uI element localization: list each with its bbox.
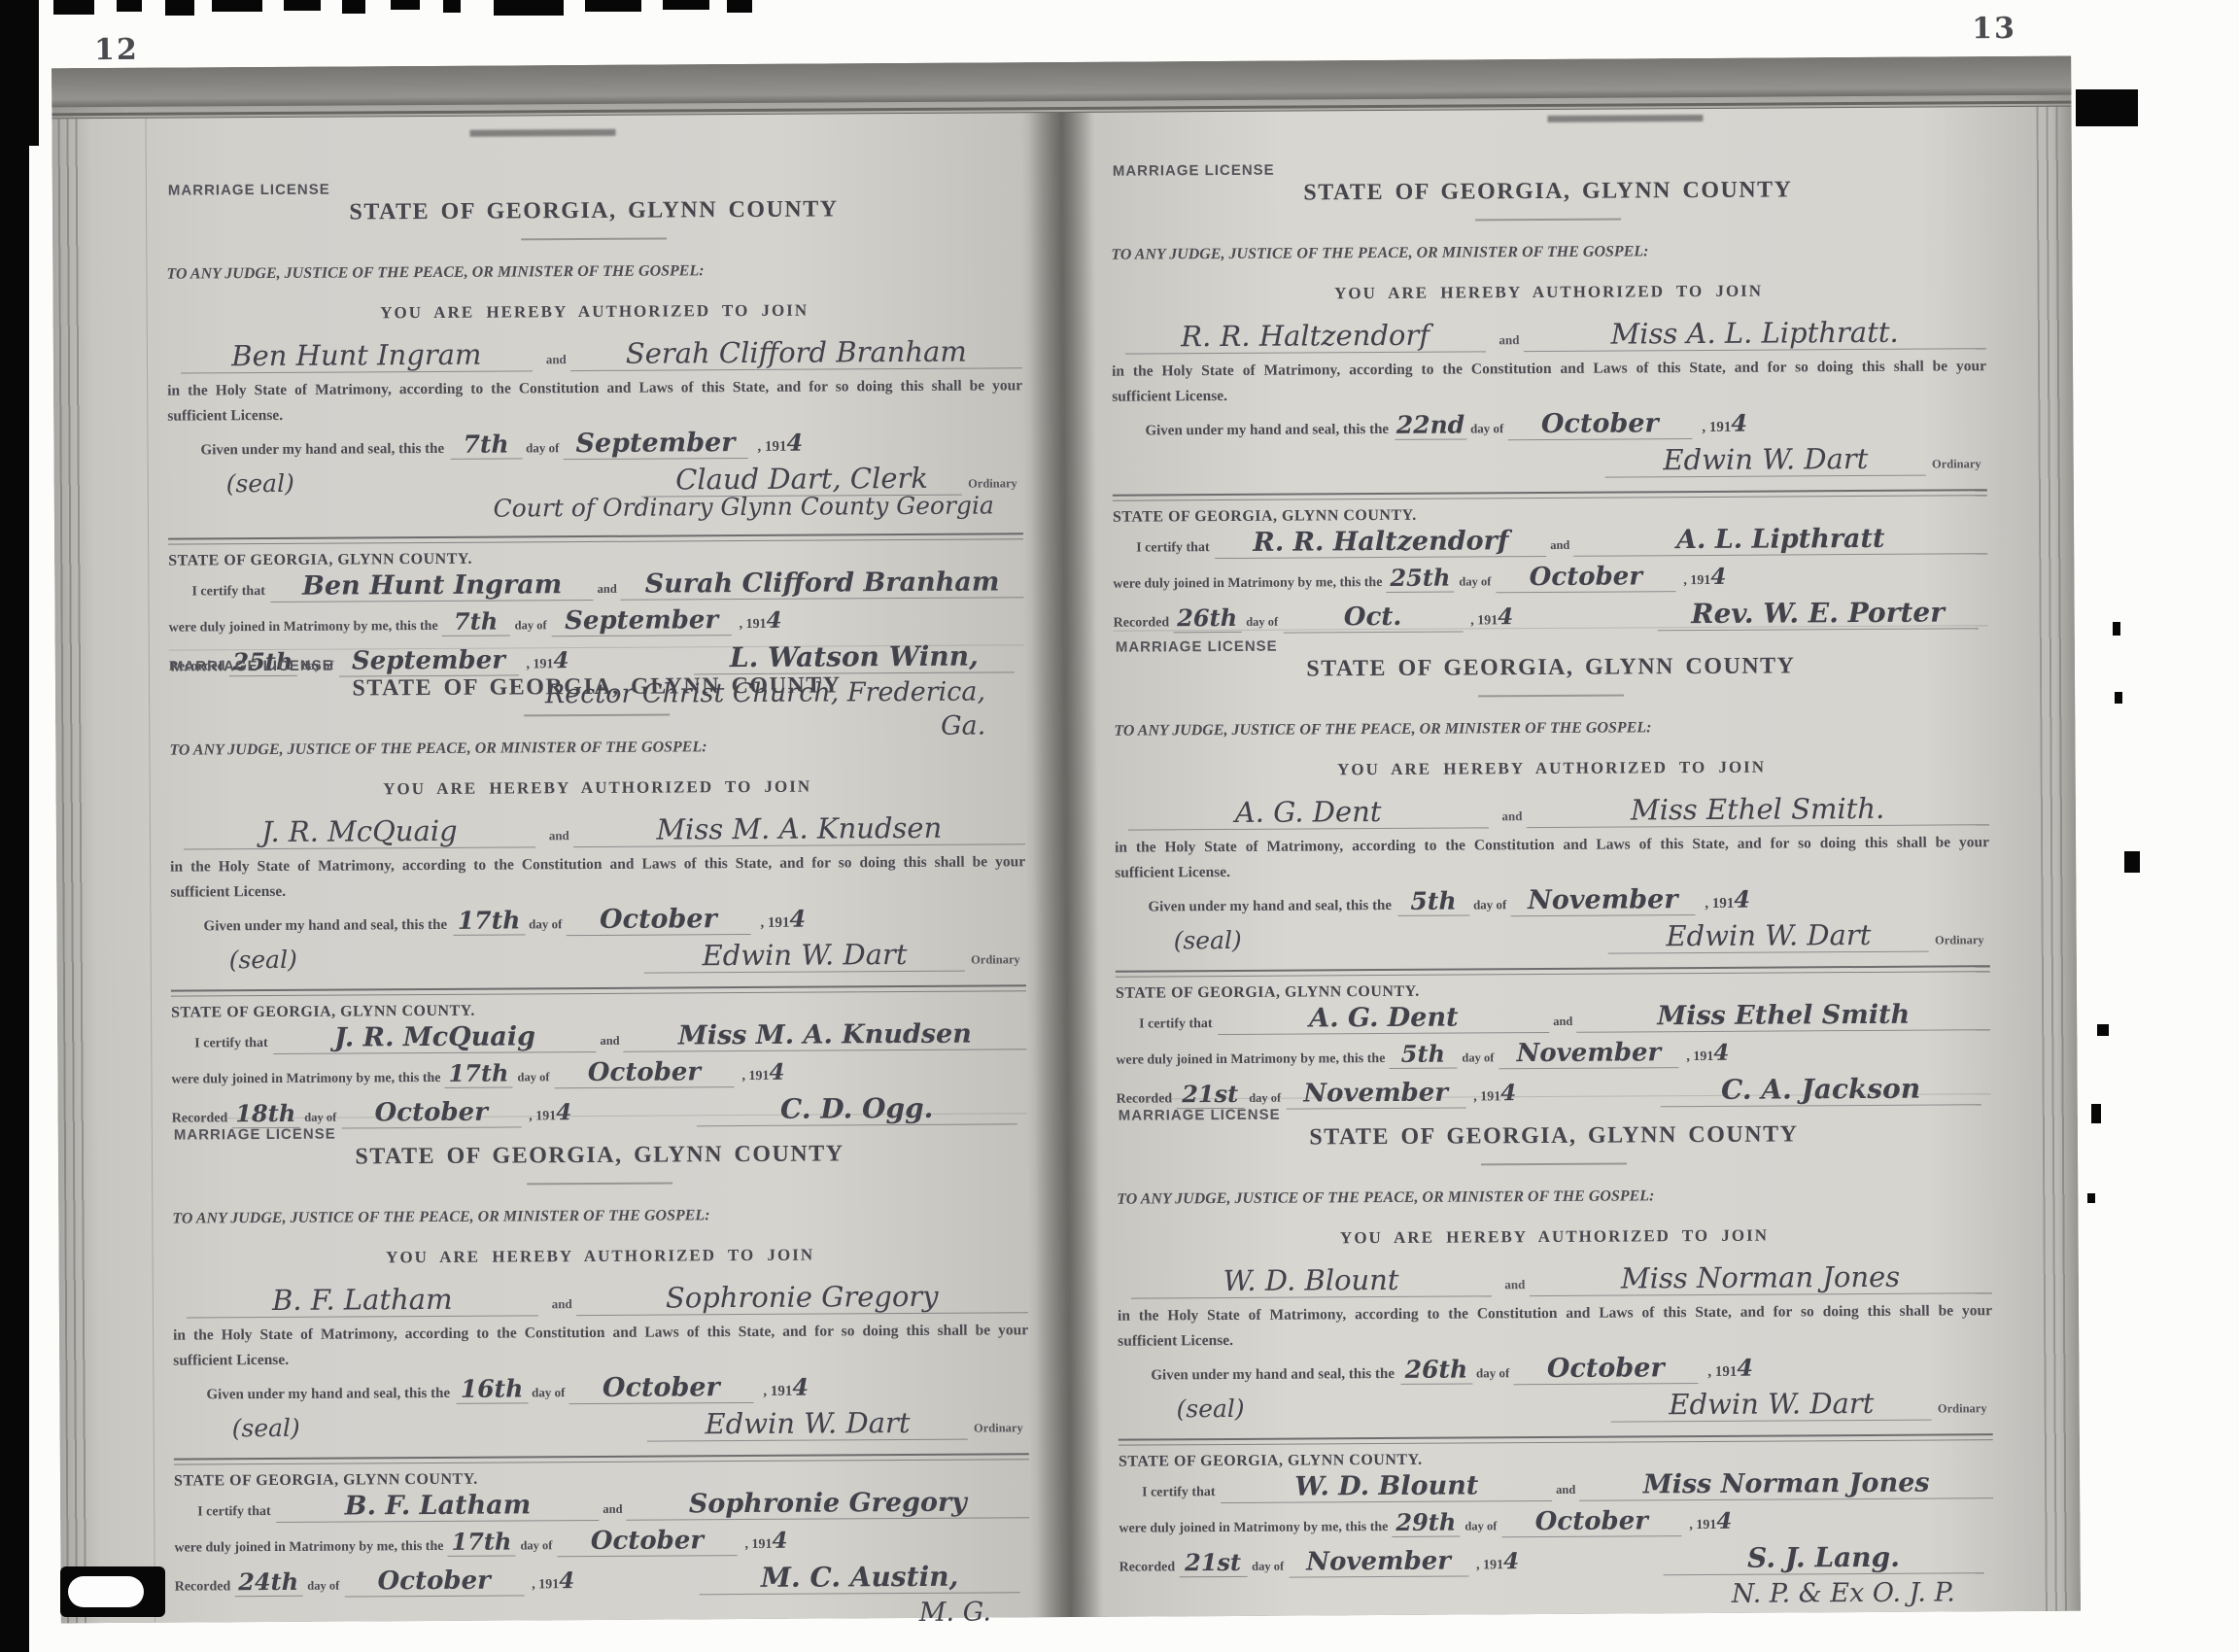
- groom-name: W. D. Blount: [1131, 1262, 1492, 1298]
- seal-note: (seal): [1176, 1394, 1244, 1423]
- seal-note: (seal): [1174, 926, 1242, 954]
- and-word: and: [594, 582, 621, 597]
- matrimony-line: in the Holy State of Matrimony, accordin…: [173, 1322, 1028, 1344]
- salutation: TO ANY JUDGE, JUSTICE OF THE PEACE, OR M…: [166, 260, 1021, 283]
- year-digit: 4: [1731, 409, 1747, 437]
- scan-artifact-left-strip: [0, 0, 29, 1652]
- ordinary-label: Ordinary: [1929, 933, 1990, 947]
- salutation: TO ANY JUDGE, JUSTICE OF THE PEACE, OR M…: [172, 1205, 1027, 1227]
- ordinary-signature: Edwin W. Dart: [1605, 442, 1926, 478]
- day-of-label: day of: [1241, 615, 1283, 630]
- officiant-signature: M. C. Austin,: [700, 1560, 1020, 1595]
- and-word: and: [596, 1034, 623, 1049]
- bride-name: Miss A. L. Lipthratt.: [1523, 315, 1986, 352]
- certify-prefix: I certify that: [168, 584, 265, 601]
- cert-year-digit: 4: [1713, 1040, 1729, 1066]
- matrimony-line: in the Holy State of Matrimony, accordin…: [1115, 834, 1989, 856]
- scan-artifact: [53, 0, 94, 15]
- scan-artifact: [2113, 622, 2120, 636]
- state-header: STATE OF GEORGIA, GLYNN COUNTY: [169, 671, 1024, 703]
- scan-artifact: [6, 507, 23, 521]
- seal-note: (seal): [229, 946, 297, 974]
- ordinary-label: Ordinary: [1926, 457, 1987, 471]
- scan-artifact: [2124, 851, 2140, 873]
- certify-prefix: I certify that: [171, 1036, 268, 1052]
- cert-groom-name: J. R. McQuaig: [274, 1021, 597, 1054]
- book-spread-photo: 12 13 MARRIAGE LICENSE STATE OF GEORGIA,…: [52, 56, 2081, 1624]
- header-flourish: [527, 1182, 672, 1185]
- bride-name: Miss M. A. Knudsen: [573, 810, 1025, 847]
- marriage-license-record: MARRIAGE LICENSE STATE OF GEORGIA, GLYNN…: [169, 644, 1027, 1118]
- scan-artifact: [494, 0, 564, 16]
- ordinary-signature: Edwin W. Dart: [1608, 918, 1929, 954]
- year-digit: 4: [789, 905, 806, 933]
- year-printed: , 191: [763, 1384, 792, 1400]
- cert-bride-name: Miss Ethel Smith: [1576, 999, 1990, 1033]
- cert-month: October: [557, 1526, 737, 1557]
- year-printed: , 191: [760, 915, 789, 932]
- header-flourish: [1481, 1162, 1627, 1165]
- scan-artifact: [1, 633, 19, 653]
- scan-artifact: [391, 0, 420, 10]
- section-divider: [168, 533, 1023, 544]
- and-word: and: [1488, 809, 1526, 824]
- and-word: and: [1485, 332, 1523, 348]
- and-word: and: [1546, 538, 1573, 553]
- cert-day: 29th: [1392, 1508, 1460, 1537]
- license-day: 16th: [456, 1374, 528, 1403]
- salutation: TO ANY JUDGE, JUSTICE OF THE PEACE, OR M…: [1114, 717, 1988, 740]
- year-printed: , 191: [1470, 613, 1498, 629]
- joined-line: were duly joined in Matrimony by me, thi…: [171, 1071, 440, 1088]
- sufficient-license-line: sufficient License.: [1115, 859, 1989, 881]
- given-prefix: Given under my hand and seal, this the: [167, 441, 444, 460]
- ordinary-signature: Edwin W. Dart: [1611, 1387, 1932, 1423]
- cert-groom-name: R. R. Haltzendorf: [1215, 526, 1546, 559]
- and-word: and: [533, 352, 570, 367]
- sufficient-license-line: sufficient License.: [173, 1347, 1028, 1369]
- state-header: STATE OF GEORGIA, GLYNN COUNTY: [1117, 1120, 1991, 1152]
- license-day: 17th: [453, 906, 525, 935]
- recorded-year-digit: 4: [559, 1567, 574, 1594]
- cert-month: September: [552, 605, 732, 637]
- matrimony-line: in the Holy State of Matrimony, accordin…: [170, 853, 1025, 876]
- cert-groom-name: B. F. Latham: [277, 1490, 600, 1523]
- recorded-month: November: [1289, 1546, 1468, 1577]
- page-stack-edge-right: [2036, 107, 2072, 1611]
- scan-artifact: [443, 0, 461, 13]
- recorded-label: Recorded: [1119, 1560, 1176, 1575]
- cert-year-digit: 4: [767, 607, 782, 634]
- year-printed: , 191: [744, 1537, 772, 1553]
- cert-year-digit: 4: [772, 1528, 787, 1554]
- day-of-label: day of: [510, 618, 552, 633]
- scan-artifact: [165, 0, 194, 16]
- bride-name: Miss Norman Jones: [1529, 1259, 1992, 1296]
- scan-artifact-highlight: [68, 1576, 144, 1607]
- given-prefix: Given under my hand and seal, this the: [173, 1386, 450, 1404]
- cert-groom-name: W. D. Blount: [1221, 1470, 1552, 1503]
- and-word: and: [1491, 1277, 1529, 1292]
- scan-artifact: [284, 0, 321, 11]
- section-divider: [1116, 965, 1990, 977]
- scan-artifact: [727, 0, 752, 13]
- cert-day: 17th: [447, 1527, 515, 1556]
- year-printed: , 191: [757, 439, 786, 456]
- recorded-year-digit: 4: [1503, 1548, 1519, 1574]
- joined-line: were duly joined in Matrimony by me, thi…: [169, 619, 438, 637]
- scan-artifact: [13, 417, 26, 433]
- day-of-label: day of: [528, 1385, 568, 1400]
- marriage-license-record: MARRIAGE LICENSE STATE OF GEORGIA, GLYNN…: [1111, 157, 1988, 630]
- groom-name: J. R. McQuaig: [184, 813, 535, 849]
- day-of-label: day of: [1460, 1519, 1501, 1533]
- and-word: and: [538, 1296, 576, 1312]
- recorded-day: 21st: [1179, 1548, 1247, 1577]
- given-prefix: Given under my hand and seal, this the: [1112, 422, 1389, 440]
- certify-prefix: I certify that: [174, 1504, 271, 1521]
- day-of-label: day of: [1472, 1365, 1513, 1381]
- header-flourish: [1478, 694, 1624, 697]
- cert-month: October: [554, 1057, 734, 1088]
- page-number-right: 13: [1972, 12, 2016, 46]
- authorized-line: YOU ARE HEREBY AUTHORIZED TO JOIN: [1112, 280, 1986, 304]
- scan-artifact: [12, 682, 21, 692]
- joined-line: were duly joined in Matrimony by me, thi…: [1113, 575, 1382, 593]
- recorded-year-digit: 4: [1498, 603, 1513, 630]
- section-divider: [171, 984, 1026, 996]
- groom-name: R. R. Haltzendorf: [1125, 318, 1486, 354]
- year-printed: , 191: [532, 1577, 559, 1593]
- scan-artifact: [2087, 1193, 2095, 1203]
- day-of-label: day of: [1466, 421, 1507, 436]
- scan-artifact: [10, 573, 21, 585]
- given-prefix: Given under my hand and seal, this the: [170, 917, 447, 936]
- state-header: STATE OF GEORGIA, GLYNN COUNTY: [1111, 176, 1985, 207]
- license-day: 26th: [1400, 1355, 1472, 1384]
- and-word: and: [535, 828, 573, 843]
- right-page: MARRIAGE LICENSE STATE OF GEORGIA, GLYNN…: [1061, 107, 2080, 1617]
- ordinary-label: Ordinary: [1932, 1401, 1993, 1416]
- book-gutter-shadow: [1028, 113, 1103, 1617]
- day-of-label: day of: [512, 1070, 554, 1084]
- ordinary-label: Ordinary: [962, 476, 1023, 491]
- cert-year-digit: 4: [1716, 1508, 1732, 1534]
- license-month: September: [563, 428, 747, 460]
- scan-artifact: [7, 189, 22, 209]
- matrimony-line: in the Holy State of Matrimony, accordin…: [1112, 358, 1986, 380]
- marriage-license-record: MARRIAGE LICENSE STATE OF GEORGIA, GLYNN…: [166, 177, 1024, 649]
- cert-year-digit: 4: [769, 1059, 784, 1085]
- day-of-label: day of: [1469, 897, 1510, 912]
- seal-note: (seal): [232, 1414, 300, 1442]
- ordinary-signature-line2: Court of Ordinary Glynn County Georgia: [168, 491, 994, 524]
- year-printed: , 191: [1689, 1518, 1716, 1533]
- cert-day: 17th: [444, 1058, 512, 1087]
- cert-bride-name: A. L. Lipthratt: [1573, 523, 1987, 557]
- year-printed: , 191: [1707, 1364, 1737, 1381]
- book-top-edge: [52, 56, 2071, 108]
- scan-artifact: [2076, 89, 2138, 126]
- scan-artifact: [212, 0, 262, 12]
- year-printed: , 191: [1476, 1558, 1503, 1573]
- ordinary-label: Ordinary: [968, 1421, 1029, 1435]
- cert-month: October: [1496, 562, 1675, 593]
- day-of-label: day of: [1457, 1050, 1498, 1065]
- state-header: STATE OF GEORGIA, GLYNN COUNTY: [1114, 652, 1988, 683]
- marriage-license-record: MARRIAGE LICENSE STATE OF GEORGIA, GLYNN…: [172, 1113, 1030, 1586]
- cert-bride-name: Miss Norman Jones: [1579, 1467, 1993, 1501]
- bride-name: Serah Clifford Branham: [570, 334, 1022, 371]
- cert-bride-name: Sophronie Gregory: [626, 1487, 1029, 1521]
- cert-day: 25th: [1386, 564, 1454, 593]
- sufficient-license-line: sufficient License.: [167, 402, 1022, 425]
- cert-groom-name: A. G. Dent: [1218, 1002, 1549, 1035]
- left-page: MARRIAGE LICENSE STATE OF GEORGIA, GLYNN…: [52, 113, 1070, 1623]
- license-month: October: [1507, 408, 1692, 440]
- cert-day: 7th: [442, 606, 510, 636]
- license-day: 7th: [450, 430, 522, 459]
- salutation: TO ANY JUDGE, JUSTICE OF THE PEACE, OR M…: [169, 737, 1024, 759]
- license-month: October: [566, 904, 750, 936]
- year-printed: , 191: [740, 617, 767, 633]
- matrimony-line: in the Holy State of Matrimony, accordin…: [167, 377, 1022, 399]
- joined-line: were duly joined in Matrimony by me, thi…: [1119, 1520, 1388, 1537]
- officiant-signature-line2: M. G.: [175, 1597, 991, 1632]
- authorized-line: YOU ARE HEREBY AUTHORIZED TO JOIN: [170, 775, 1025, 800]
- scan-artifact: [2097, 1024, 2109, 1036]
- cert-groom-name: Ben Hunt Ingram: [271, 569, 594, 602]
- license-month: October: [568, 1372, 753, 1404]
- state-header: STATE OF GEORGIA, GLYNN COUNTY: [172, 1140, 1027, 1171]
- year-digit: 4: [792, 1373, 809, 1401]
- cert-bride-name: Miss M. A. Knudsen: [623, 1018, 1026, 1052]
- year-printed: , 191: [741, 1069, 769, 1084]
- authorized-line: YOU ARE HEREBY AUTHORIZED TO JOIN: [1115, 756, 1989, 780]
- day-of-label: day of: [1454, 574, 1496, 589]
- year-printed: , 191: [1705, 896, 1734, 912]
- given-prefix: Given under my hand and seal, this the: [1115, 898, 1392, 916]
- state-header: STATE OF GEORGIA, GLYNN COUNTY: [166, 195, 1021, 226]
- year-digit: 4: [1737, 1354, 1753, 1382]
- groom-name: B. F. Latham: [187, 1282, 538, 1318]
- cert-year-digit: 4: [1710, 564, 1726, 590]
- scan-artifact: [29, 0, 39, 146]
- page-number-left: 12: [94, 33, 139, 67]
- marriage-license-record: MARRIAGE LICENSE STATE OF GEORGIA, GLYNN…: [1117, 1093, 1994, 1566]
- ordinary-signature: Edwin W. Dart: [647, 1406, 968, 1442]
- sufficient-license-line: sufficient License.: [1112, 383, 1986, 405]
- officiant-signature-line2: N. P. & Ex O. J. P.: [1119, 1577, 1955, 1612]
- year-printed: , 191: [1702, 420, 1731, 436]
- scan-artifact: [4, 251, 14, 262]
- certify-prefix: I certify that: [1119, 1485, 1216, 1501]
- recorded-day: 26th: [1173, 603, 1241, 633]
- salutation: TO ANY JUDGE, JUSTICE OF THE PEACE, OR M…: [1111, 241, 1985, 263]
- scan-artifact: [342, 0, 365, 14]
- given-prefix: Given under my hand and seal, this the: [1118, 1366, 1395, 1385]
- year-printed: , 191: [1683, 573, 1710, 589]
- ordinary-signature: Edwin W. Dart: [644, 938, 965, 974]
- recorded-month: October: [344, 1566, 524, 1597]
- header-flourish: [524, 713, 670, 716]
- authorized-line: YOU ARE HEREBY AUTHORIZED TO JOIN: [1117, 1224, 1991, 1249]
- cert-day: 5th: [1389, 1040, 1457, 1069]
- bride-name: Miss Ethel Smith.: [1526, 791, 1989, 828]
- certify-prefix: I certify that: [1113, 540, 1210, 557]
- section-divider: [1113, 489, 1987, 500]
- license-day: 22nd: [1395, 410, 1466, 439]
- groom-name: Ben Hunt Ingram: [181, 337, 533, 373]
- recorded-label: Recorded: [175, 1579, 231, 1595]
- and-word: and: [599, 1502, 626, 1517]
- page-stack-edge-left: [57, 119, 91, 1623]
- recorded-label: Recorded: [1114, 615, 1170, 631]
- day-of-label: day of: [525, 916, 566, 932]
- authorized-line: YOU ARE HEREBY AUTHORIZED TO JOIN: [167, 299, 1022, 324]
- license-day: 5th: [1397, 886, 1469, 915]
- scan-artifact: [117, 0, 142, 12]
- scan-artifact: [585, 0, 641, 12]
- day-of-label: day of: [302, 1579, 344, 1594]
- bride-name: Sophronie Gregory: [576, 1279, 1028, 1316]
- salutation: TO ANY JUDGE, JUSTICE OF THE PEACE, OR M…: [1117, 1186, 1991, 1208]
- recorded-day: 24th: [234, 1567, 302, 1597]
- license-month: October: [1513, 1353, 1698, 1385]
- section-divider: [1119, 1433, 1993, 1445]
- groom-name: A. G. Dent: [1128, 794, 1489, 830]
- officiant-signature: S. J. Lang.: [1663, 1540, 1983, 1575]
- header-flourish: [521, 237, 667, 240]
- day-of-label: day of: [515, 1538, 557, 1553]
- ordinary-label: Ordinary: [965, 952, 1026, 967]
- and-word: and: [1549, 1015, 1576, 1029]
- matrimony-line: in the Holy State of Matrimony, accordin…: [1118, 1302, 1992, 1325]
- scan-artifact: [2091, 1104, 2101, 1123]
- day-of-label: day of: [522, 440, 563, 456]
- cert-month: October: [1501, 1506, 1681, 1537]
- and-word: and: [1552, 1483, 1579, 1497]
- cert-month: November: [1498, 1038, 1678, 1069]
- day-of-label: day of: [1247, 1560, 1289, 1574]
- sufficient-license-line: sufficient License.: [1118, 1327, 1992, 1350]
- scan-artifact: [2115, 692, 2122, 704]
- scanned-marriage-register: 12 13 MARRIAGE LICENSE STATE OF GEORGIA,…: [0, 0, 2239, 1652]
- marriage-license-record: MARRIAGE LICENSE STATE OF GEORGIA, GLYNN…: [1114, 625, 1991, 1098]
- seal-note: (seal): [226, 469, 294, 498]
- authorized-line: YOU ARE HEREBY AUTHORIZED TO JOIN: [173, 1244, 1028, 1268]
- joined-line: were duly joined in Matrimony by me, thi…: [174, 1539, 443, 1557]
- section-divider: [174, 1453, 1029, 1464]
- cert-bride-name: Surah Clifford Branham: [621, 567, 1024, 601]
- year-digit: 4: [1734, 885, 1750, 913]
- license-month: November: [1510, 884, 1695, 916]
- year-printed: , 191: [1686, 1050, 1713, 1065]
- sufficient-license-line: sufficient License.: [170, 878, 1025, 901]
- year-digit: 4: [786, 429, 803, 457]
- scan-artifact: [663, 0, 709, 10]
- header-flourish: [1475, 218, 1621, 221]
- joined-line: were duly joined in Matrimony by me, thi…: [1116, 1051, 1385, 1069]
- certify-prefix: I certify that: [1116, 1016, 1213, 1033]
